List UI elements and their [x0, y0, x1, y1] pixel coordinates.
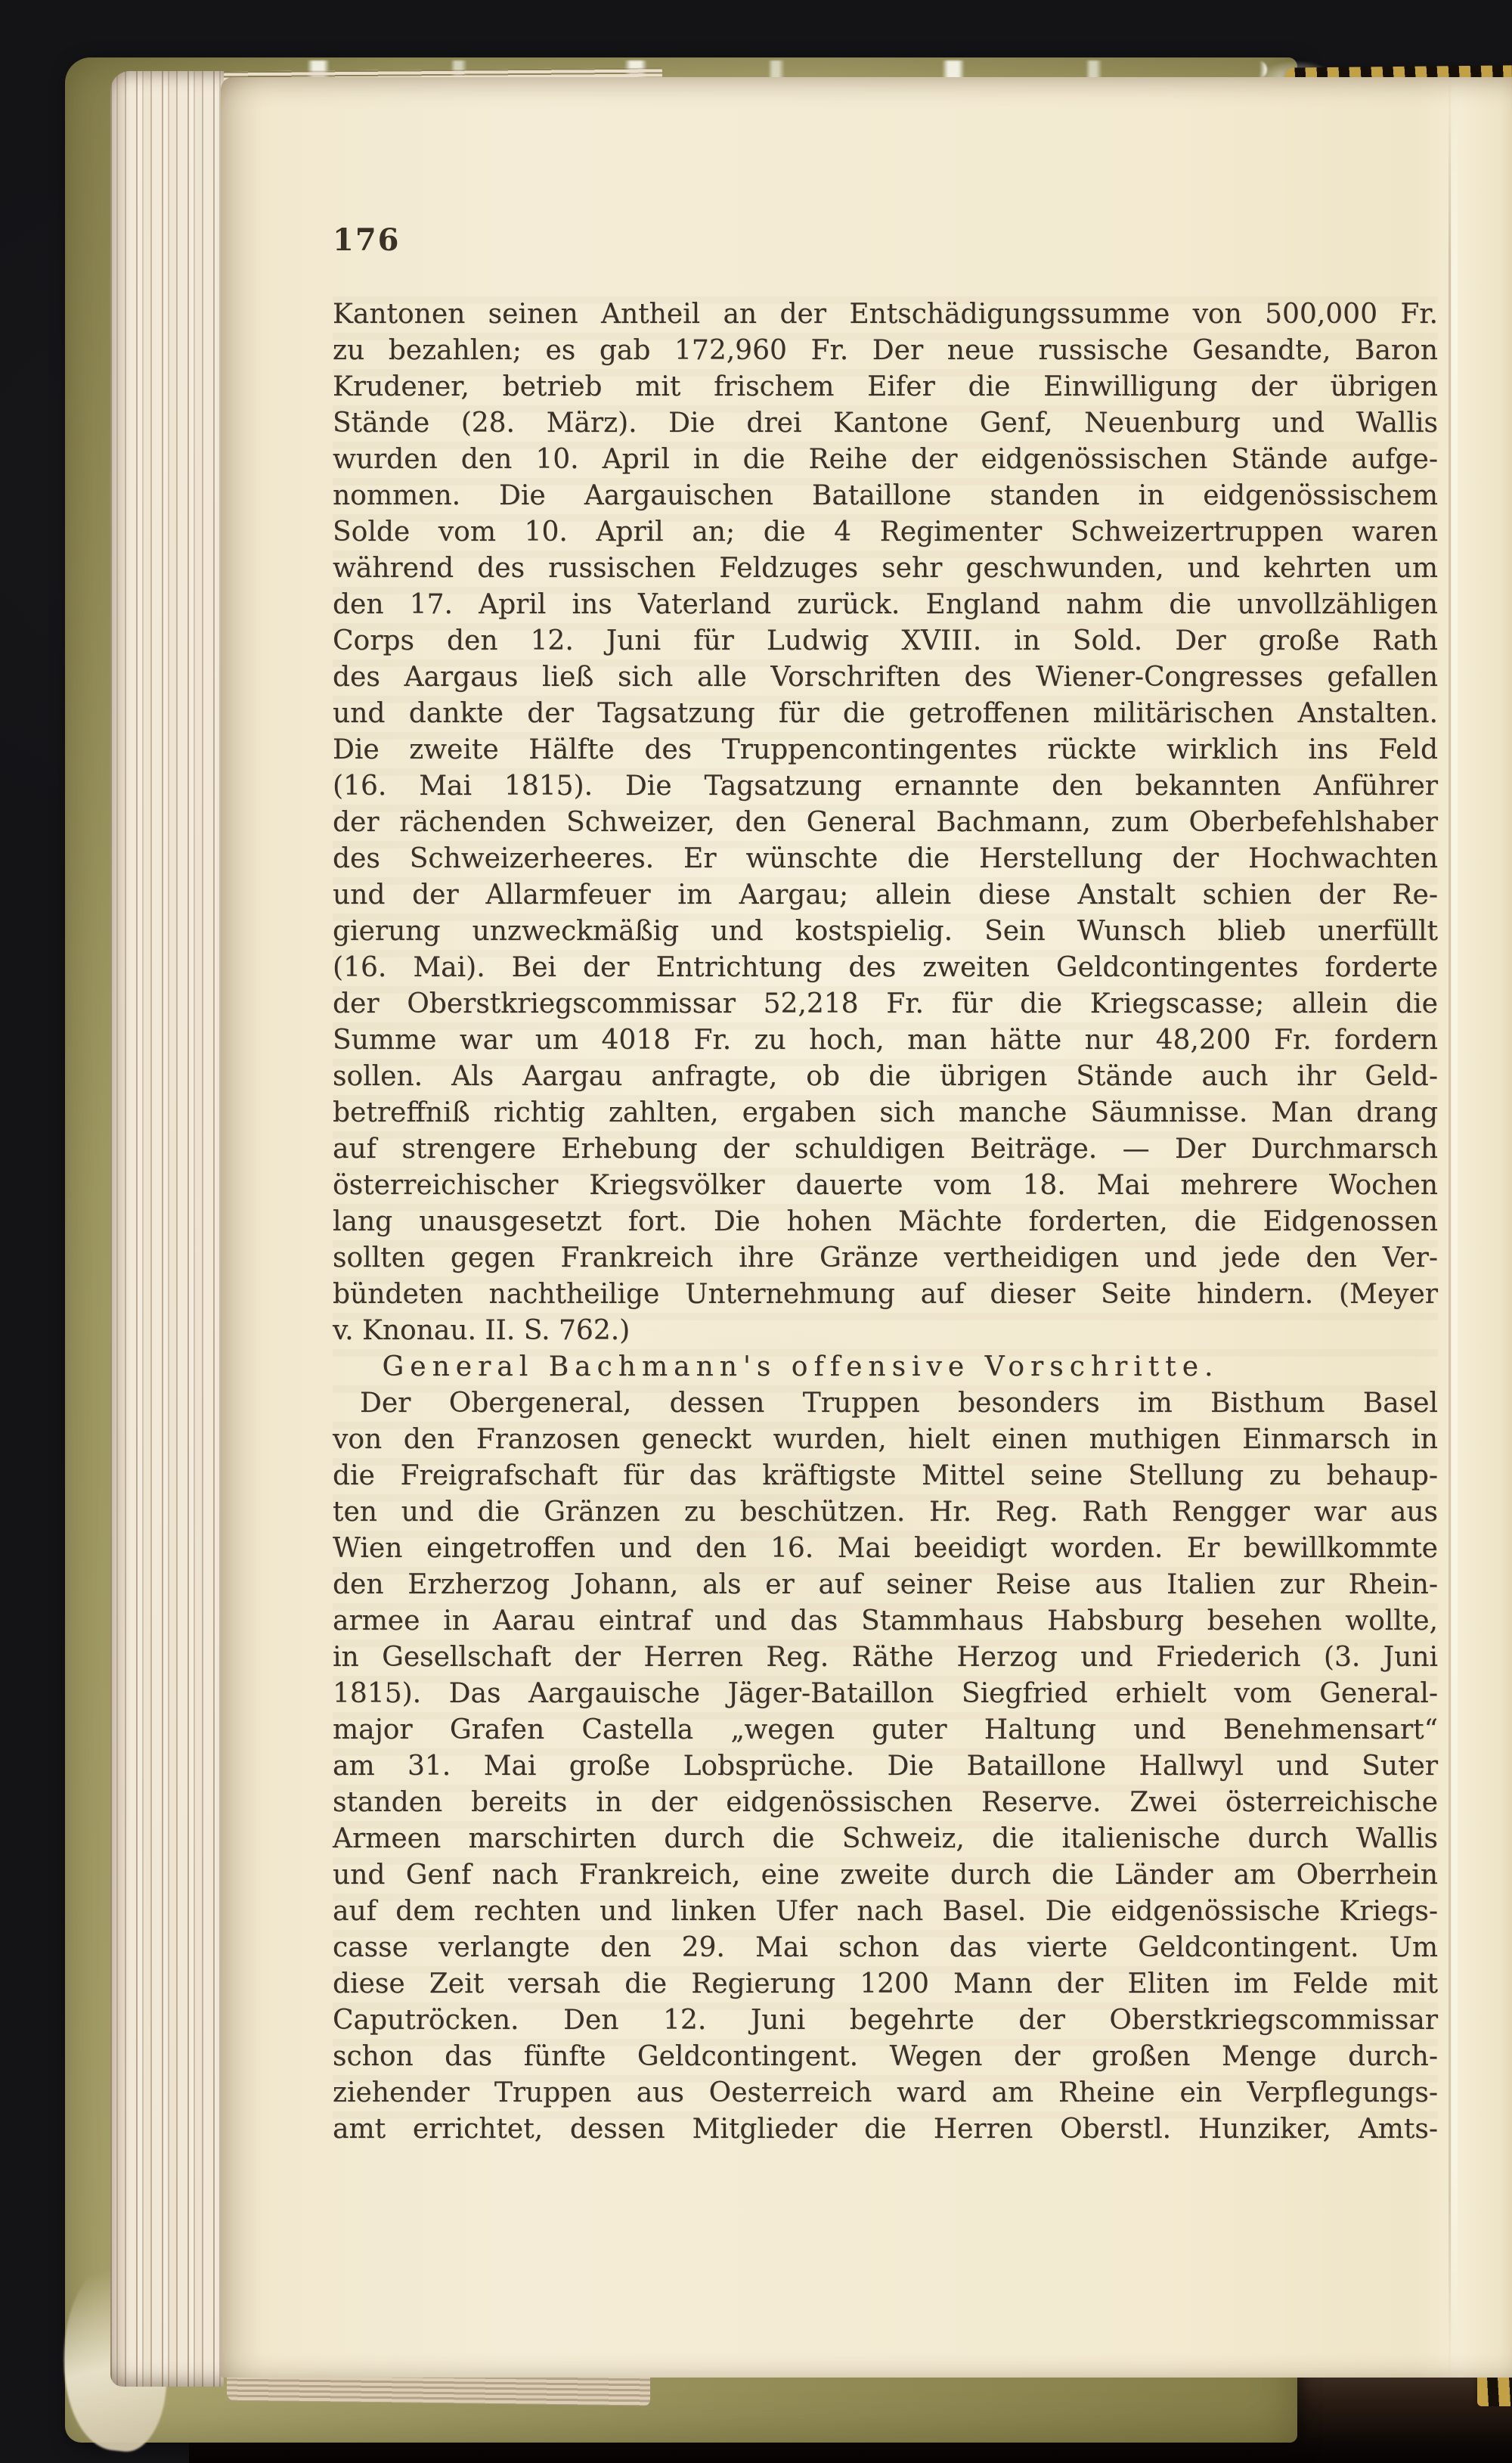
photo-background: 176 Kantonen seinen Antheil an der Entsc…	[0, 0, 1512, 2463]
text-line: die Freigrafschaft für das kräftigste Mi…	[333, 1458, 1438, 1494]
text-line: ten und die Gränzen zu beschützen. Hr. R…	[333, 1494, 1438, 1531]
text-line: und dankte der Tagsatzung für die getrof…	[333, 696, 1438, 732]
text-line: am 31. Mai große Lobsprüche. Die Bataill…	[333, 1748, 1438, 1785]
text-line: Caputröcken. Den 12. Juni begehrte der O…	[333, 2002, 1438, 2039]
text-line: nommen. Die Aargauischen Bataillone stan…	[333, 478, 1438, 514]
page-stack-edges	[110, 71, 224, 2387]
text-line: des Aargaus ließ sich alle Vorschriften …	[333, 659, 1438, 696]
text-line: Die zweite Hälfte des Truppencontingente…	[333, 732, 1438, 768]
text-line: der rächenden Schweizer, den General Bac…	[333, 805, 1438, 841]
gutter-crease	[1448, 77, 1451, 2378]
text-line: von den Franzosen geneckt wurden, hielt …	[333, 1422, 1438, 1458]
text-line: sollten gegen Frankreich ihre Gränze ver…	[333, 1240, 1438, 1276]
gutter-highlight	[1452, 77, 1458, 2378]
text-line: und der Allarmfeuer im Aargau; allein di…	[333, 877, 1438, 914]
text-line: armee in Aarau eintraf und das Stammhaus…	[333, 1603, 1438, 1639]
text-line: während des russischen Feldzuges sehr ge…	[333, 551, 1438, 587]
text-line: casse verlangte den 29. Mai schon das vi…	[333, 1930, 1438, 1966]
text-line: major Grafen Castella „wegen guter Haltu…	[333, 1712, 1438, 1748]
text-line: ziehender Truppen aus Oesterreich ward a…	[333, 2075, 1438, 2111]
text-line: den 17. April ins Vaterland zurück. Engl…	[333, 587, 1438, 623]
text-line: auf strengere Erhebung der schuldigen Be…	[333, 1131, 1438, 1168]
text-line: Summe war um 4018 Fr. zu hoch, man hätte…	[333, 1022, 1438, 1059]
text-line: des Schweizerheeres. Er wünschte die Her…	[333, 841, 1438, 877]
text-line: v. Knonau. II. S. 762.)	[333, 1313, 1438, 1349]
text-line: gierung unzweckmäßig und kostspielig. Se…	[333, 914, 1438, 950]
text-line: der Oberstkriegscommissar 52,218 Fr. für…	[333, 986, 1438, 1022]
text-line: Der Obergeneral, dessen Truppen besonder…	[333, 1385, 1438, 1422]
text-line: amt errichtet, dessen Mitglieder die Her…	[333, 2111, 1438, 2148]
body-text: Kantonen seinen Antheil an der Entschädi…	[333, 296, 1438, 2148]
text-line: sollen. Als Aargau anfragte, ob die übri…	[333, 1059, 1438, 1095]
text-line: Wien eingetroffen und den 16. Mai beeidi…	[333, 1531, 1438, 1567]
text-line: Krudener, betrieb mit frischem Eifer die…	[333, 369, 1438, 405]
text-line: auf dem rechten und linken Ufer nach Bas…	[333, 1894, 1438, 1930]
text-line: und Genf nach Frankreich, eine zweite du…	[333, 1857, 1438, 1894]
text-line: Armeen marschirten durch die Schweiz, di…	[333, 1821, 1438, 1857]
text-line: schon das fünfte Geldcontingent. Wegen d…	[333, 2039, 1438, 2075]
text-line: Corps den 12. Juni für Ludwig XVIII. in …	[333, 623, 1438, 659]
text-line: lang unausgesetzt fort. Die hohen Mächte…	[333, 1204, 1438, 1240]
text-line: Solde vom 10. April an; die 4 Regimenter…	[333, 514, 1438, 551]
text-line: betreffniß richtig zahlten, ergaben sich…	[333, 1095, 1438, 1131]
text-line: österreichischer Kriegsvölker dauerte vo…	[333, 1168, 1438, 1204]
text-line: bündeten nachtheilige Unternehmung auf d…	[333, 1276, 1438, 1313]
page-number: 176	[333, 222, 401, 258]
text-line: zu bezahlen; es gab 172,960 Fr. Der neue…	[333, 333, 1438, 369]
text-line: (16. Mai 1815). Die Tagsatzung ernannte …	[333, 768, 1438, 805]
text-line: (16. Mai). Bei der Entrichtung des zweit…	[333, 950, 1438, 986]
book-page: 176 Kantonen seinen Antheil an der Entsc…	[221, 77, 1512, 2378]
text-line: diese Zeit versah die Regierung 1200 Man…	[333, 1966, 1438, 2002]
text-line: Kantonen seinen Antheil an der Entschädi…	[333, 296, 1438, 333]
text-line: Stände (28. März). Die drei Kantone Genf…	[333, 405, 1438, 442]
text-line: standen bereits in der eidgenössischen R…	[333, 1785, 1438, 1821]
section-heading: General Bachmann's offensive Vorschritte…	[248, 1349, 1353, 1385]
text-line: in Gesellschaft der Herren Reg. Räthe He…	[333, 1639, 1438, 1676]
text-line: wurden den 10. April in die Reihe der ei…	[333, 442, 1438, 478]
text-line: 1815). Das Aargauische Jäger-Bataillon S…	[333, 1676, 1438, 1712]
text-line: den Erzherzog Johann, als er auf seiner …	[333, 1567, 1438, 1603]
